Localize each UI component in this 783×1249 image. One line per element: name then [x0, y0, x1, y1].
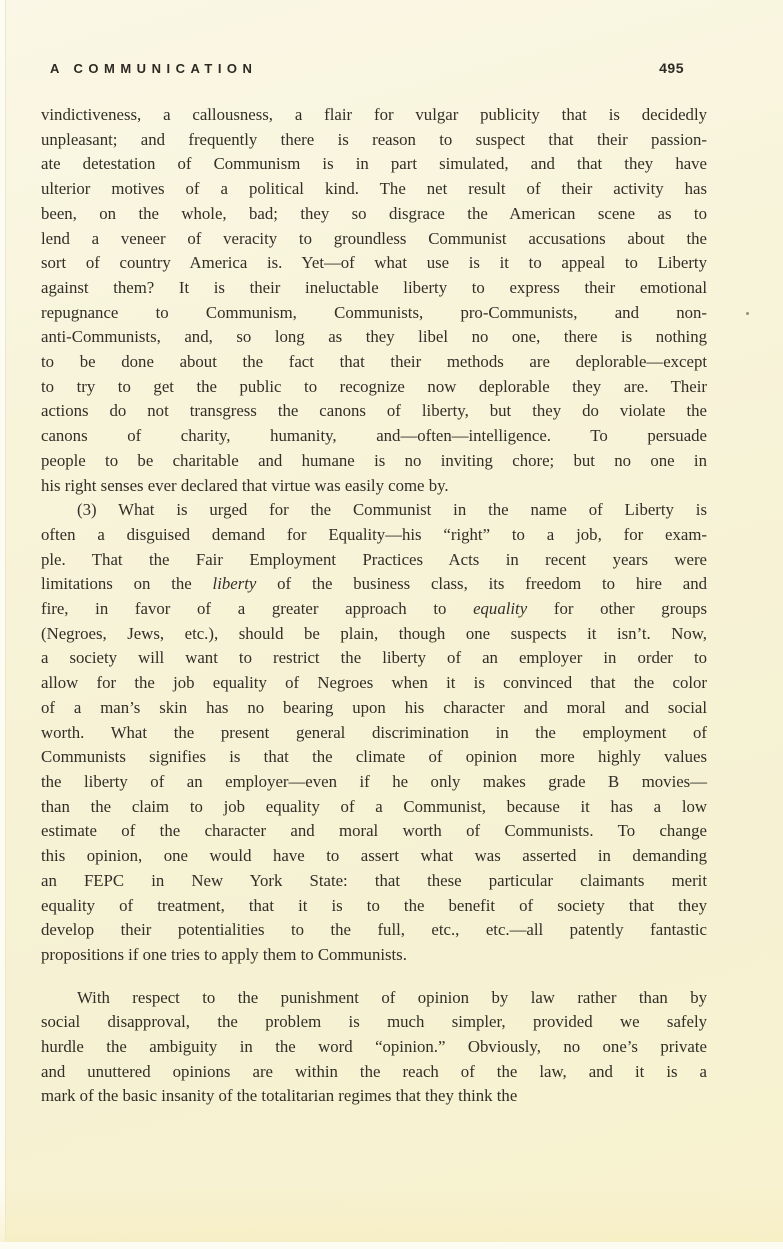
text-line: than the claim to job equality of a Comm…	[41, 795, 707, 820]
text-line: this opinion, one would have to assert w…	[41, 844, 707, 869]
text-line: against them? It is their ineluctable li…	[41, 276, 707, 301]
text-line: an FEPC in New York State: that these pa…	[41, 869, 707, 894]
text-line: lend a veneer of veracity to groundless …	[41, 227, 707, 252]
text-line: to try to get the public to recognize no…	[41, 375, 707, 400]
text-line: people to be charitable and humane is no…	[41, 449, 707, 474]
text-line: Communists signifies is that the climate…	[41, 745, 707, 770]
scan-tone-bottom	[0, 1187, 783, 1242]
text-line: vindictiveness, a callousness, a flair f…	[41, 103, 707, 128]
text-line: to be done about the fact that their met…	[41, 350, 707, 375]
paragraph: With respect to the punishment of opinio…	[41, 986, 707, 1110]
text-line: With respect to the punishment of opinio…	[41, 986, 707, 1011]
text-line: limitations on the liberty of the busine…	[41, 572, 707, 597]
text-line: ple. That the Fair Employment Practices …	[41, 548, 707, 573]
paragraph: vindictiveness, a callousness, a flair f…	[41, 103, 707, 498]
text-line: canons of charity, humanity, and—often—i…	[41, 424, 707, 449]
text-line: and unuttered opinions are within the re…	[41, 1060, 707, 1085]
text-line: often a disguised demand for Equality—hi…	[41, 523, 707, 548]
scan-edge-bottom	[0, 1242, 783, 1249]
text-line: equality of treatment, that it is to the…	[41, 894, 707, 919]
text-line: develop their potentialities to the full…	[41, 918, 707, 943]
text-line: the liberty of an employer—even if he on…	[41, 770, 707, 795]
text-line: his right senses ever declared that virt…	[41, 474, 707, 499]
running-header: A COMMUNICATION 495	[50, 60, 684, 76]
text-line: allow for the job equality of Negroes wh…	[41, 671, 707, 696]
page-body: vindictiveness, a callousness, a flair f…	[41, 103, 707, 1109]
text-line: unpleasant; and frequently there is reas…	[41, 128, 707, 153]
text-line: (Negroes, Jews, etc.), should be plain, …	[41, 622, 707, 647]
text-line: fire, in favor of a greater approach to …	[41, 597, 707, 622]
scan-edge-left	[0, 0, 6, 1249]
text-line: (3) What is urged for the Communist in t…	[41, 498, 707, 523]
text-line: of a man’s skin has no bearing upon his …	[41, 696, 707, 721]
text-line: propositions if one tries to apply them …	[41, 943, 707, 968]
text-line: anti-Communists, and, so long as they li…	[41, 325, 707, 350]
text-line: ulterior motives of a political kind. Th…	[41, 177, 707, 202]
scanned-book-page: A COMMUNICATION 495 vindictiveness, a ca…	[0, 0, 783, 1249]
text-line: sort of country America is. Yet—of what …	[41, 251, 707, 276]
text-line: ate detestation of Communism is in part …	[41, 152, 707, 177]
text-line: worth. What the present general discrimi…	[41, 721, 707, 746]
text-line: been, on the whole, bad; they so disgrac…	[41, 202, 707, 227]
paragraph: (3) What is urged for the Communist in t…	[41, 498, 707, 967]
text-line: social disapproval, the problem is much …	[41, 1010, 707, 1035]
page-number: 495	[659, 60, 684, 76]
running-header-title: A COMMUNICATION	[50, 61, 257, 76]
text-line: actions do not transgress the canons of …	[41, 399, 707, 424]
text-line: mark of the basic insanity of the totali…	[41, 1084, 707, 1109]
text-line: hurdle the ambiguity in the word “opinio…	[41, 1035, 707, 1060]
text-line: repugnance to Communism, Communists, pro…	[41, 301, 707, 326]
text-line: estimate of the character and moral wort…	[41, 819, 707, 844]
text-line: a society will want to restrict the libe…	[41, 646, 707, 671]
scan-speck	[746, 312, 749, 315]
